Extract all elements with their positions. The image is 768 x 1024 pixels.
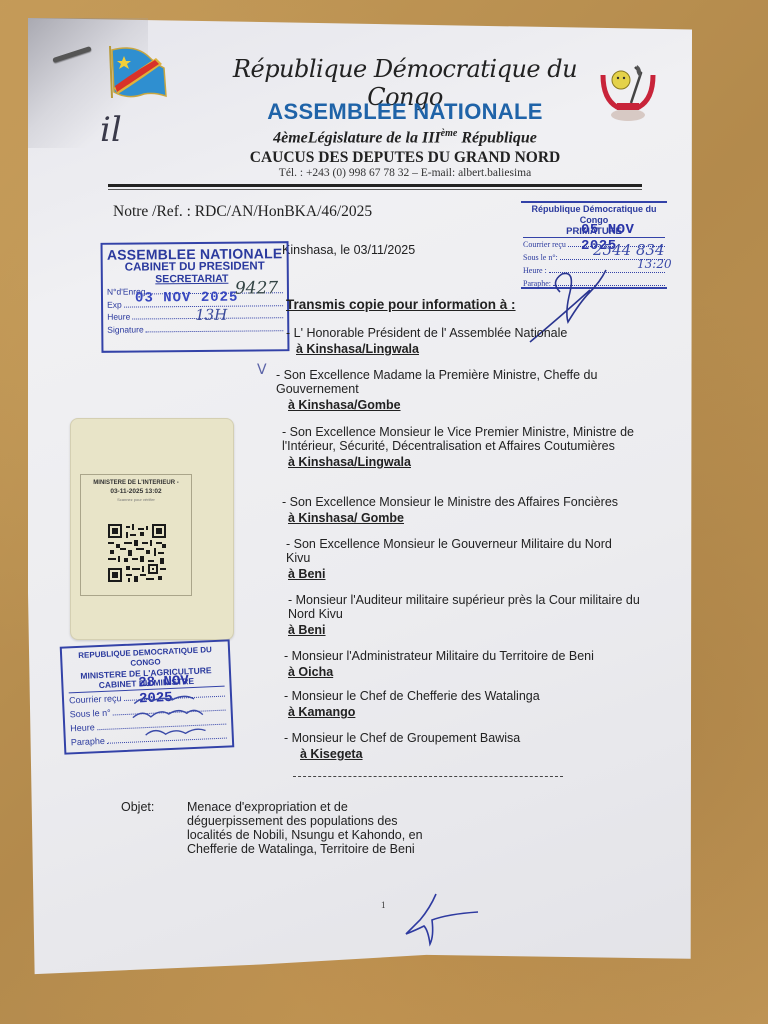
agriculture-ministry-stamp: REPUBLIQUE DEMOCRATIQUE DU CONGO MINISTE… <box>60 639 235 754</box>
sticker-label-box: MINISTERE DE L'INTERIEUR - 03-11-2025 13… <box>80 474 192 596</box>
recipient-item: - Son Excellence Monsieur le Vice Premie… <box>282 425 638 469</box>
caucus-name: CAUCUS DES DEPUTES DU GRAND NORD <box>210 149 600 167</box>
stamp-date: 03 NOV 2025 <box>135 290 239 307</box>
recipient-item: - Monsieur l'Auditeur militaire supérieu… <box>288 593 643 637</box>
signature-bottom <box>398 890 488 952</box>
institution-name: ASSEMBLEE NATIONALE <box>210 99 600 125</box>
header-divider-thin <box>108 189 642 190</box>
page-number: 1 <box>381 900 386 910</box>
recipient-item: - Monsieur le Chef de Groupement Bawisa … <box>284 731 644 761</box>
stamp-handwritten-time: 13:20 <box>637 257 672 271</box>
header-divider <box>108 184 642 187</box>
sticker-caption: Scannez pour vérifier <box>81 497 191 502</box>
verification-sticker: MINISTERE DE L'INTERIEUR - 03-11-2025 13… <box>70 418 234 640</box>
place-and-date: Kinshasa, le 03/11/2025 <box>282 243 415 257</box>
checkmark-icon: V <box>257 362 267 378</box>
assemblee-nationale-stamp: ASSEMBLEE NATIONALE CABINET DU PRESIDENT… <box>101 241 290 353</box>
recipient-item: - Monsieur l'Administrateur Militaire du… <box>284 649 644 679</box>
stamp-exp-value: 13H <box>195 306 227 324</box>
stamp-institution: ASSEMBLEE NATIONALE <box>107 246 283 262</box>
coat-of-arms-icon <box>597 63 659 125</box>
contact-info: Tél. : +243 (0) 998 67 78 32 – E-mail: a… <box>210 167 600 179</box>
qr-code-icon[interactable] <box>108 524 166 582</box>
sticker-ministry: MINISTERE DE L'INTERIEUR - <box>81 480 191 486</box>
recipient-item: - Son Excellence Monsieur le Gouverneur … <box>286 537 631 581</box>
transmis-heading: Transmis copie pour information à : <box>286 297 516 312</box>
recipient-item: - L' Honorable Président de l' Assemblée… <box>286 326 626 356</box>
recipient-item: - Monsieur le Chef de Chefferie des Wata… <box>284 689 644 719</box>
objet-text: Menace d'expropriation et de déguerpisse… <box>187 800 437 856</box>
stamp-registration-number: 9427 <box>235 278 278 298</box>
legislature-line: 4èmeLégislature de la IIIème République <box>210 128 600 147</box>
stamp-secretariat: SECRETARIAT <box>137 273 247 286</box>
reference-number: Notre /Ref. : RDC/AN/HonBKA/46/2025 <box>113 203 372 221</box>
dashed-separator <box>293 776 563 777</box>
drc-flag-icon <box>104 42 168 104</box>
objet-label: Objet: <box>121 800 154 814</box>
handwritten-stamp-entries <box>124 688 226 750</box>
handwritten-initials: il <box>100 110 122 150</box>
sticker-datetime: 03-11-2025 13:02 <box>81 488 191 495</box>
stamp-cabinet: CABINET DU PRESIDENT <box>107 260 283 274</box>
recipient-item: - Son Excellence Monsieur le Ministre de… <box>282 495 652 525</box>
recipient-item: - Son Excellence Madame la Première Mini… <box>276 368 636 412</box>
